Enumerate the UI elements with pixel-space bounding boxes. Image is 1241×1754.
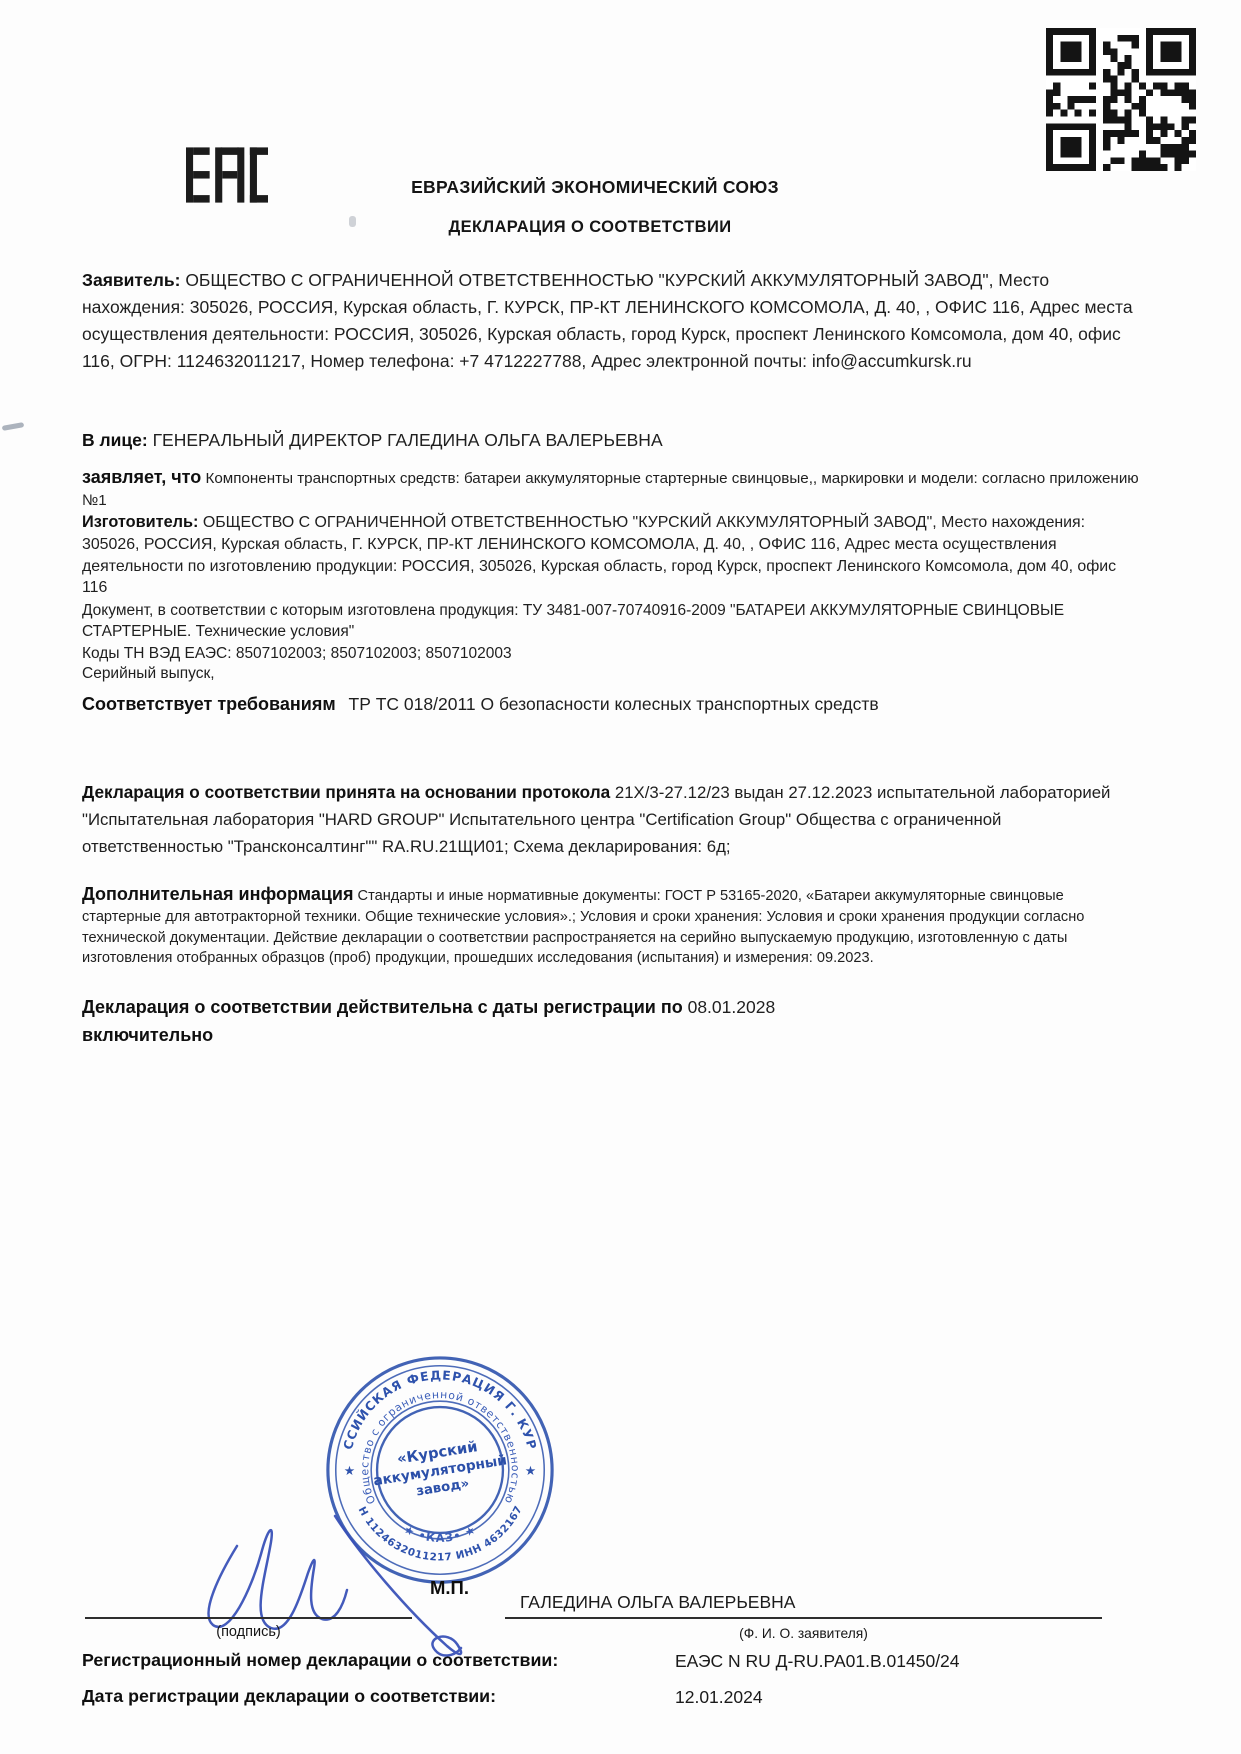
paragraph-tnved-codes: Коды ТН ВЭД ЕАЭС: 8507102003; 8507102003… [82,644,1140,664]
complies-label: Соответствует требованиям [82,694,336,714]
in-person-label: В лице: [82,430,148,450]
stamp-star-right: ★ [525,1464,536,1479]
paragraph-complies: Соответствует требованиям ТР ТС 018/2011… [82,691,1140,718]
declares-text: Компоненты транспортных средств: батареи… [82,470,1139,509]
paragraph-declares: заявляет, что Компоненты транспортных ср… [82,466,1140,512]
paragraph-validity: Декларация о соответствии действительна … [82,994,1140,1049]
serial-text: Серийный выпуск, [82,665,215,682]
registration-date-value: 12.01.2024 [675,1687,763,1708]
registration-number-value: ЕАЭС N RU Д-RU.РА01.В.01450/24 [675,1651,960,1672]
registration-date-label: Дата регистрации декларации о соответств… [82,1686,496,1707]
signer-name: ГАЛЕДИНА ОЛЬГА ВАЛЕРЬЕВНА [520,1592,795,1613]
declares-label: заявляет, что [82,467,201,487]
union-title: ЕВРАЗИЙСКИЙ ЭКОНОМИЧЕСКИЙ СОЮЗ [0,177,1190,198]
paragraph-in-person: В лице: ГЕНЕРАЛЬНЫЙ ДИРЕКТОР ГАЛЕДИНА ОЛ… [82,427,1140,454]
registration-number-label: Регистрационный номер декларации о соотв… [82,1650,558,1671]
additional-label: Дополнительная информация [82,884,353,904]
manufacturer-label: Изготовитель: [82,513,198,531]
paragraph-applicant: Заявитель: ОБЩЕСТВО С ОГРАНИЧЕННОЙ ОТВЕТ… [82,267,1140,375]
product-document-text: Документ, в соответствии с которым изгот… [82,602,1064,640]
validity-date: 08.01.2028 [688,997,776,1017]
stamp-star-left: ★ [344,1464,355,1479]
scan-artifact-dash [2,422,25,431]
paragraph-product-document: Документ, в соответствии с которым изгот… [82,601,1140,642]
signer-name-caption: (Ф. И. О. заявителя) [505,1626,1102,1641]
manufacturer-text: ОБЩЕСТВО С ОГРАНИЧЕННОЙ ОТВЕТСТВЕННОСТЬЮ… [82,514,1116,596]
validity-suffix: включительно [82,1025,213,1045]
doc-title: ДЕКЛАРАЦИЯ О СООТВЕТСТВИИ [0,218,1180,237]
signature-line [85,1617,412,1619]
scan-artifact-speck [349,216,356,227]
eac-logo [186,142,268,208]
declaration-document: ЕВРАЗИЙСКИЙ ЭКОНОМИЧЕСКИЙ СОЮЗ ДЕКЛАРАЦИ… [0,0,1241,1754]
complies-text: ТР ТС 018/2011 О безопасности колесных т… [349,694,879,714]
signer-name-line [505,1617,1102,1619]
validity-label: Декларация о соответствии действительна … [82,997,683,1017]
stamp-place-label: М.П. [430,1577,469,1599]
applicant-label: Заявитель: [82,270,180,290]
qr-code [1046,28,1196,171]
paragraph-manufacturer: Изготовитель: ОБЩЕСТВО С ОГРАНИЧЕННОЙ ОТ… [82,512,1140,599]
paragraph-basis-protocol: Декларация о соответствии принята на осн… [82,779,1140,860]
applicant-text: ОБЩЕСТВО С ОГРАНИЧЕННОЙ ОТВЕТСТВЕННОСТЬЮ… [82,270,1133,371]
paragraph-additional-info: Дополнительная информация Стандарты и ин… [82,884,1140,969]
basis-label: Декларация о соответствии принята на осн… [82,782,610,802]
signature-caption: (подпись) [85,1624,412,1640]
tnved-text: Коды ТН ВЭД ЕАЭС: 8507102003; 8507102003… [82,645,512,662]
in-person-text: ГЕНЕРАЛЬНЫЙ ДИРЕКТОР ГАЛЕДИНА ОЛЬГА ВАЛЕ… [153,430,663,450]
paragraph-serial-release: Серийный выпуск, [82,664,1140,684]
